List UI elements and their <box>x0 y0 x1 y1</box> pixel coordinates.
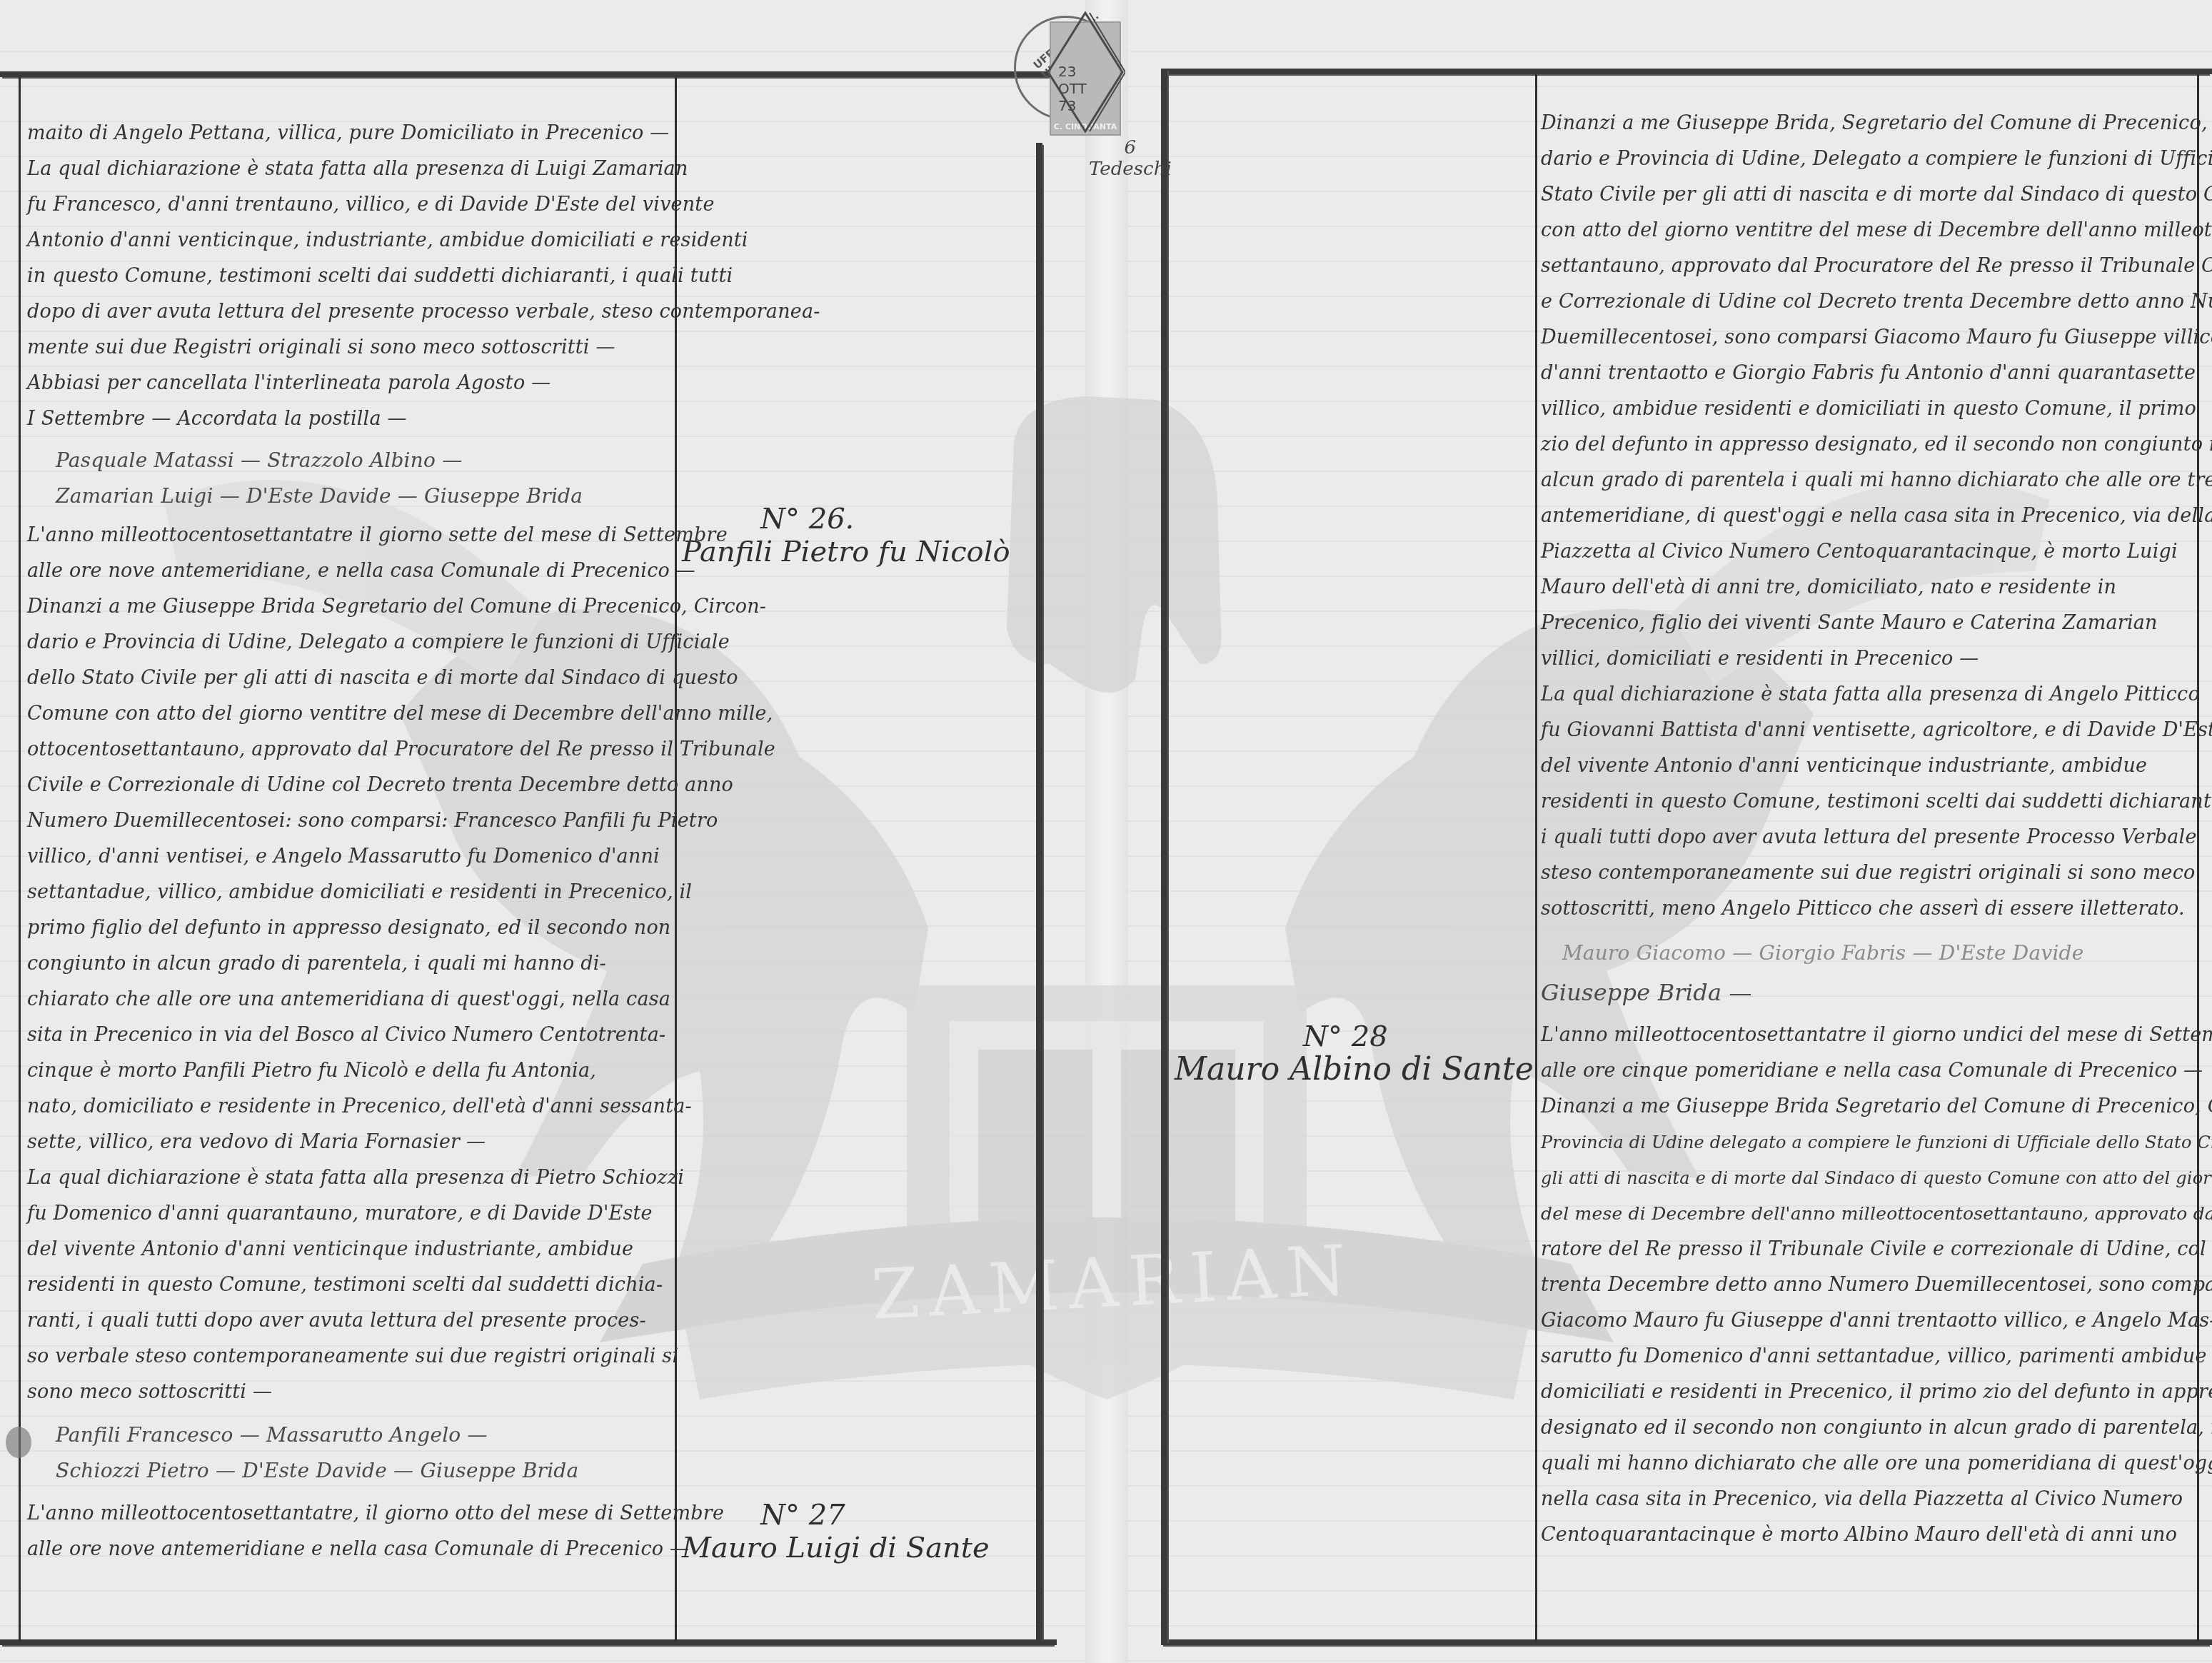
stamp-annotation: 6 Tedeschi <box>1089 137 1172 180</box>
text-line: fu Domenico d'anni quarantauno, muratore… <box>27 1203 653 1225</box>
text-line: L'anno milleottocentosettantatre il gior… <box>27 525 728 546</box>
right-text-column: Dinanzi a me Giuseppe Brida, Segretario … <box>1541 0 2194 1663</box>
text-line: Duemillecentosei, sono comparsi Giacomo … <box>1541 327 2212 348</box>
text-line: nella casa sita in Precenico, via della … <box>1541 1489 2183 1510</box>
text-line: maito di Angelo Pettana, villica, pure D… <box>27 123 670 144</box>
text-line: nato, domiciliato e residente in Preceni… <box>27 1096 692 1117</box>
text-line: so verbale steso contemporaneamente sui … <box>27 1346 678 1367</box>
text-line: sita in Precenico in via del Bosco al Ci… <box>27 1025 665 1046</box>
text-line: villici, domiciliati e residenti in Prec… <box>1541 648 1979 670</box>
text-line: chiarato che alle ore una antemeridiana … <box>27 989 670 1010</box>
text-line: residenti in questo Comune, testimoni sc… <box>1541 791 2212 813</box>
right-outer-border <box>1161 69 1167 1645</box>
text-line: dario e Provincia di Udine, Delegato a c… <box>1541 149 2212 170</box>
text-line: i quali tutti dopo aver avuta lettura de… <box>1541 827 2197 848</box>
text-line: Giacomo Mauro fu Giuseppe d'anni trentao… <box>1541 1310 2212 1332</box>
entry-number: N° 26. <box>760 503 1010 535</box>
text-line: domiciliati e residenti in Precenico, il… <box>1541 1382 2212 1403</box>
text-line: antemeridiane, di quest'oggi e nella cas… <box>1541 506 2212 527</box>
right-column-divider <box>1535 74 1537 1641</box>
margin-entry-28: N° 28 Mauro Albino di Sante <box>1175 1021 1534 1087</box>
signature-line: Mauro Giacomo — Giorgio Fabris — D'Este … <box>1562 943 2083 964</box>
text-line: villico, d'anni ventisei, e Angelo Massa… <box>27 846 660 868</box>
text-line: trenta Decembre detto anno Numero Duemil… <box>1541 1275 2212 1296</box>
text-line: Dinanzi a me Giuseppe Brida Segretario d… <box>1541 1096 2212 1117</box>
ink-blot <box>6 1427 31 1458</box>
text-line: Abbiasi per cancellata l'interlineata pa… <box>27 373 551 394</box>
text-line: quali mi hanno dichiarato che alle ore u… <box>1541 1453 2212 1474</box>
text-line: Precenico, figlio dei viventi Sante Maur… <box>1541 613 2158 634</box>
text-line: dario e Provincia di Udine, Delegato a c… <box>27 632 730 653</box>
text-line: L'anno milleottocentosettantatre, il gio… <box>27 1503 724 1524</box>
signature-line: Pasquale Matassi — Strazzolo Albino — <box>56 450 462 471</box>
left-text-border <box>19 77 21 1641</box>
text-line: alle ore cinque pomeridiane e nella casa… <box>1541 1060 2203 1082</box>
text-line: La qual dichiarazione è stata fatta alla… <box>27 1167 684 1189</box>
text-line: Piazzetta al Civico Numero Centoquaranta… <box>1541 541 2178 563</box>
text-line: settantauno, approvato dal Procuratore d… <box>1541 256 2212 277</box>
revenue-stamp: UFF. DEGLI ... UDINE 23 OTT 73 C. CINQUA… <box>1014 7 1135 143</box>
text-line: gli atti di nascita e di morte dal Sinda… <box>1541 1167 2212 1189</box>
text-line: villico, ambidue residenti e domiciliati… <box>1541 398 2196 420</box>
text-line: La qual dichiarazione è stata fatta alla… <box>27 159 688 180</box>
text-line: e Correzionale di Udine col Decreto tren… <box>1541 291 2212 313</box>
text-line: alle ore nove antemeridiane e nella casa… <box>27 1539 689 1560</box>
text-line: Stato Civile per gli atti di nascita e d… <box>1541 184 2212 206</box>
text-line: fu Francesco, d'anni trentauno, villico,… <box>27 194 715 216</box>
text-line: La qual dichiarazione è stata fatta alla… <box>1541 684 2200 705</box>
text-line: ratore del Re presso il Tribunale Civile… <box>1541 1239 2212 1260</box>
text-line: L'anno milleottocentosettantatre il gior… <box>1541 1025 2212 1046</box>
text-line: Comune con atto del giorno ventitre del … <box>27 703 773 725</box>
left-text-column: maito di Angelo Pettana, villica, pure D… <box>27 0 673 1663</box>
text-line: del mese di Decembre dell'anno milleotto… <box>1541 1203 2212 1225</box>
text-line: sette, villico, era vedovo di Maria Forn… <box>27 1132 486 1153</box>
text-line: Antonio d'anni venticinque, industriante… <box>27 230 748 251</box>
text-line: dopo di aver avuta lettura del presente … <box>27 301 820 323</box>
text-line: zio del defunto in appresso designato, e… <box>1541 434 2212 456</box>
text-line: Numero Duemillecentosei: sono comparsi: … <box>27 810 718 832</box>
text-line: cinque è morto Panfili Pietro fu Nicolò … <box>27 1060 596 1082</box>
text-line: fu Giovanni Battista d'anni ventisette, … <box>1541 720 2212 741</box>
text-line: Provincia di Udine delegato a compiere l… <box>1541 1132 2212 1153</box>
text-line: congiunto in alcun grado di parentela, i… <box>27 953 606 975</box>
signature-line: Zamarian Luigi — D'Este Davide — Giusepp… <box>56 486 583 507</box>
signature-line: Panfili Francesco — Massarutto Angelo — <box>56 1425 488 1446</box>
entry-name: Mauro Albino di Sante <box>1175 1052 1534 1087</box>
text-line: Mauro dell'età di anni tre, domiciliato,… <box>1541 577 2116 598</box>
text-line: alle ore nove antemeridiane, e nella cas… <box>27 561 695 582</box>
margin-entry-27: N° 27 Mauro Luigi di Sante <box>682 1499 990 1565</box>
cancellation-lines-icon <box>1045 11 1125 133</box>
text-line: del vivente Antonio d'anni venticinque i… <box>27 1239 633 1260</box>
text-line: sono meco sottoscritti — <box>27 1382 272 1403</box>
text-line: d'anni trentaotto e Giorgio Fabris fu An… <box>1541 363 2196 384</box>
signature-line: Schiozzi Pietro — D'Este Davide — Giusep… <box>56 1460 578 1482</box>
text-line: alcun grado di parentela i quali mi hann… <box>1541 470 2212 491</box>
text-line: dello Stato Civile per gli atti di nasci… <box>27 668 738 689</box>
signature-line: Giuseppe Brida — <box>1541 982 1752 1003</box>
text-line: ottocentosettantauno, approvato dal Proc… <box>27 739 775 760</box>
text-line: steso contemporaneamente sui due registr… <box>1541 863 2196 884</box>
text-line: Civile e Correzionale di Udine col Decre… <box>27 775 733 796</box>
text-line: sottoscritti, meno Angelo Pitticco che a… <box>1541 898 2185 920</box>
text-line: Dinanzi a me Giuseppe Brida, Segretario … <box>1541 113 2212 134</box>
text-line: in questo Comune, testimoni scelti dai s… <box>27 266 733 287</box>
text-line: mente sui due Registri originali si sono… <box>27 337 615 358</box>
margin-entry-26: N° 26. Panfili Pietro fu Nicolò <box>682 503 1010 569</box>
entry-number: N° 28 <box>1303 1021 1534 1052</box>
entry-name: Panfili Pietro fu Nicolò <box>682 535 1010 569</box>
text-line: sarutto fu Domenico d'anni settantadue, … <box>1541 1346 2207 1367</box>
text-line: I Settembre — Accordata la postilla — <box>27 408 407 430</box>
text-line: designato ed il secondo non congiunto in… <box>1541 1417 2212 1439</box>
text-line: settantadue, villico, ambidue domiciliat… <box>27 882 692 903</box>
entry-number: N° 27 <box>760 1499 990 1531</box>
text-line: Centoquarantacinque è morto Albino Mauro… <box>1541 1524 2177 1546</box>
text-line: residenti in questo Comune, testimoni sc… <box>27 1275 663 1296</box>
text-line: con atto del giorno ventitre del mese di… <box>1541 220 2212 241</box>
entry-name: Mauro Luigi di Sante <box>682 1531 990 1565</box>
text-line: primo figlio del defunto in appresso des… <box>27 918 670 939</box>
text-line: ranti, i quali tutti dopo aver avuta let… <box>27 1310 646 1332</box>
left-outer-border <box>1036 143 1042 1642</box>
text-line: del vivente Antonio d'anni venticinque i… <box>1541 755 2147 777</box>
book-spine <box>1085 0 1128 1663</box>
text-line: Dinanzi a me Giuseppe Brida Segretario d… <box>27 596 766 618</box>
